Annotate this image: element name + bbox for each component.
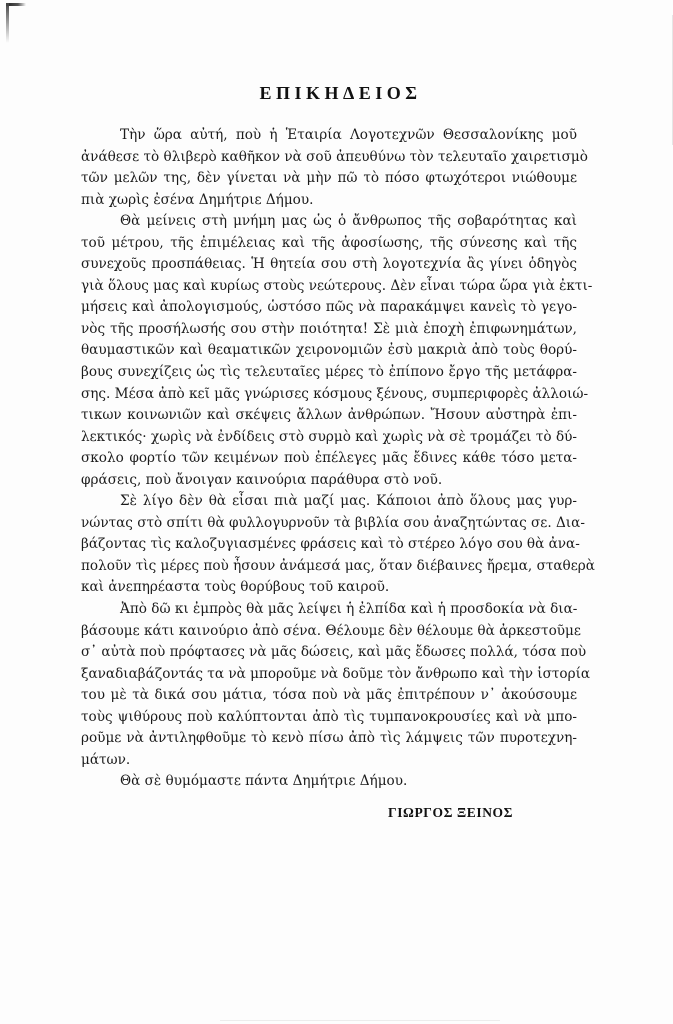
text-line: τοῦ μέτρου, τῆς ἐπιμέλειας καὶ τῆς ἀφοσί… [81, 233, 577, 255]
text-line: μάτων. [81, 750, 577, 772]
text-line: μήσεις καὶ ἀπολογισμούς, ὡστόσο πῶς νὰ π… [81, 297, 577, 319]
scanned-page: ΕΠΙΚΗΔΕΙΟΣ Τὴν ὥρα αὐτή, ποὺ ἡ Ἑταιρία Λ… [0, 0, 673, 1024]
text-line: Σὲ λίγο δὲν θὰ εἶσαι πιὰ μαζί μας. Κάποι… [81, 491, 577, 513]
text-line: βους συνεχίζεις ὡς τὶς τελευταῖες μέρες … [81, 362, 577, 384]
text-line: Θὰ μείνεις στὴ μνήμη μας ὡς ὁ ἄνθρωπος τ… [81, 211, 577, 233]
paragraph: Τὴν ὥρα αὐτή, ποὺ ἡ Ἑταιρία Λογοτεχνῶν Θ… [81, 125, 577, 211]
text-line: φράσεις, ποὺ ἄνοιγαν καινούρια παράθυρα … [81, 470, 577, 492]
paragraph: Θὰ σὲ θυμόμαστε πάντα Δημήτριε Δήμου. [81, 771, 577, 793]
text-line: λεκτικός· χωρὶς νὰ ἐνδίδεις στὸ συρμὸ κα… [81, 427, 577, 449]
text-line: Ἀπὸ δῶ κι ἐμπρὸς θὰ μᾶς λείψει ἡ ἐλπίδα … [81, 599, 577, 621]
text-line: πιὰ χωρὶς ἐσένα Δημήτριε Δήμου. [81, 190, 577, 212]
paragraph: Σὲ λίγο δὲν θὰ εἶσαι πιὰ μαζί μας. Κάποι… [81, 491, 577, 599]
text-line: ροῦμε νὰ ἀντιληφθοῦμε τὸ κενὸ πίσω ἀπὸ τ… [81, 728, 577, 750]
text-line: Θὰ σὲ θυμόμαστε πάντα Δημήτριε Δήμου. [81, 771, 577, 793]
text-line: του μὲ τὰ δικά σου μάτια, τόσα ποὺ νὰ μᾶ… [81, 685, 577, 707]
text-line: βάζοντας τὶς καλοζυγιασμένες φράσεις καὶ… [81, 534, 577, 556]
page-title: ΕΠΙΚΗΔΕΙΟΣ [0, 83, 673, 104]
eulogy-body: Τὴν ὥρα αὐτή, ποὺ ἡ Ἑταιρία Λογοτεχνῶν Θ… [81, 125, 577, 793]
text-line: τικων κοινωνιῶν καὶ σκέψεις ἄλλων ἀνθρώπ… [81, 405, 577, 427]
text-line: σης. Μέσα ἀπὸ κεῖ μᾶς γνώρισες κόσμους ξ… [81, 384, 577, 406]
text-line: τῶν μελῶν της, δὲν γίνεται νὰ μὴν πῶ τὸ … [81, 168, 577, 190]
text-line: γιὰ ὅλους μας καὶ κυρίως στοὺς νεώτερους… [81, 276, 577, 298]
text-line: νώντας στὸ σπίτι θὰ φυλλογυρνοῦν τὰ βιβλ… [81, 513, 577, 535]
scan-corner-mark-vertical [6, 3, 9, 43]
text-line: Τὴν ὥρα αὐτή, ποὺ ἡ Ἑταιρία Λογοτεχνῶν Θ… [81, 125, 577, 147]
text-line: πολοῦν τὶς μέρες ποὺ ἦσουν ἀνάμεσά μας, … [81, 556, 577, 578]
text-line: βάσουμε κάτι καινούριο ἀπὸ σένα. Θέλουμε… [81, 621, 577, 643]
text-line: καὶ ἀνεπηρέαστα τοὺς θορύβους τοῦ καιροῦ… [81, 577, 577, 599]
text-line: θαυμαστικῶν καὶ θεαματικῶν χειρονομιῶν ἐ… [81, 340, 577, 362]
text-line: σκολο φορτίο τῶν κειμένων ποὺ ἐπέλεγες μ… [81, 448, 577, 470]
text-line: ἀνάθεσε τὸ θλιβερὸ καθῆκον νὰ σοῦ ἀπευθύ… [81, 147, 577, 169]
author-signature: ΓΙΩΡΓΟΣ ΞΕΙΝΟΣ [388, 805, 513, 821]
text-line: νὸς τῆς προσήλωσής σου στὴν ποιότητα! Σὲ… [81, 319, 577, 341]
text-line: σ᾽ αὐτὰ ποὺ πρόφτασες νὰ μᾶς δώσεις, καὶ… [81, 642, 577, 664]
scan-bottom-edge [220, 1020, 500, 1021]
paragraph: Ἀπὸ δῶ κι ἐμπρὸς θὰ μᾶς λείψει ἡ ἐλπίδα … [81, 599, 577, 771]
text-line: ξαναδιαβάζοντάς τα νὰ μποροῦμε νὰ δοῦμε … [81, 664, 577, 686]
paragraph: Θὰ μείνεις στὴ μνήμη μας ὡς ὁ ἄνθρωπος τ… [81, 211, 577, 491]
text-line: τοὺς ψιθύρους ποὺ καλύπτονται ἀπὸ τὶς τυ… [81, 707, 577, 729]
scan-corner-mark [6, 3, 26, 6]
text-line: συνεχοῦς προσπάθειας. Ἡ θητεία σου στὴ λ… [81, 254, 577, 276]
